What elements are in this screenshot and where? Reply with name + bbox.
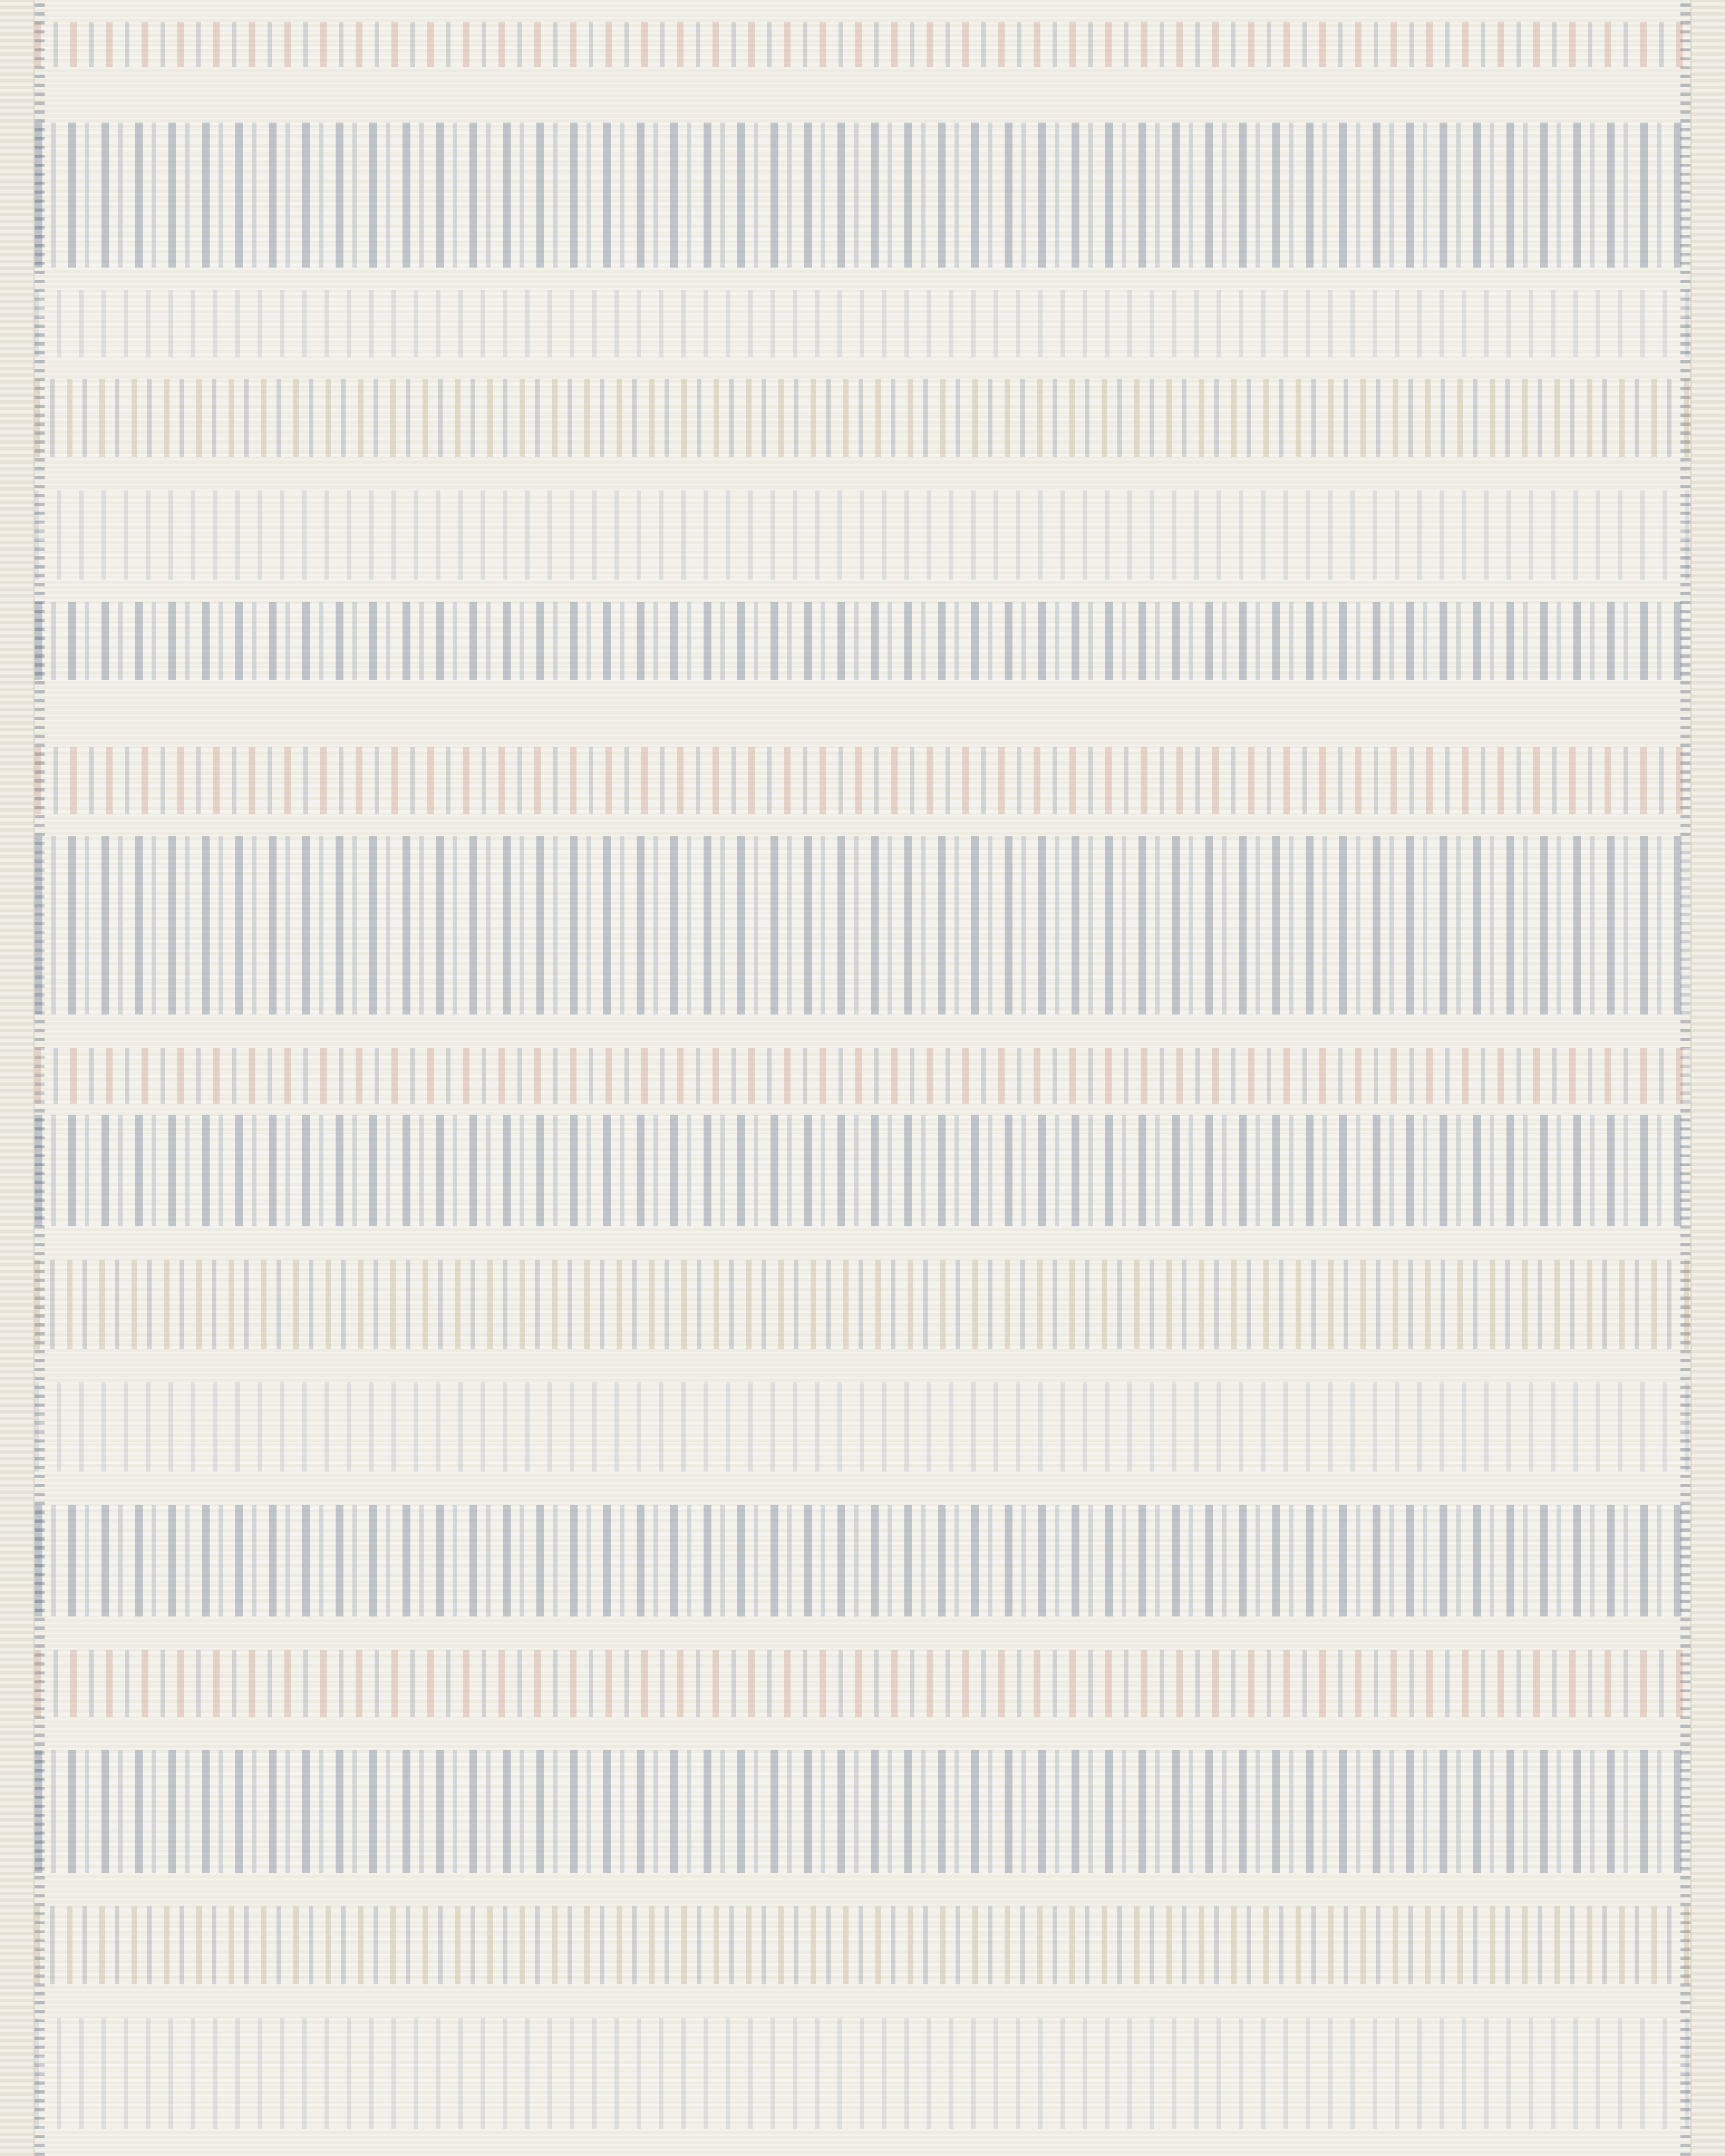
rug-photo <box>0 0 1725 2156</box>
motif-band <box>35 123 1690 268</box>
motif-band <box>35 1505 1690 1616</box>
motif-band <box>35 1906 1690 1984</box>
rug-binding-right <box>1690 0 1725 2156</box>
motif-band <box>35 1048 1690 1104</box>
motif-band <box>35 22 1690 67</box>
motif-band <box>35 1260 1690 1349</box>
motif-band <box>35 1750 1690 1873</box>
motif-band <box>35 836 1690 1014</box>
motif-band <box>35 290 1690 357</box>
motif-band <box>35 602 1690 680</box>
motif-band <box>35 2018 1690 2129</box>
motif-band <box>35 1650 1690 1717</box>
motif-band <box>35 379 1690 457</box>
motif-band <box>35 1115 1690 1226</box>
motif-band <box>35 1382 1690 1472</box>
motif-band <box>35 491 1690 580</box>
motif-band <box>35 747 1690 814</box>
rug-binding-left <box>0 0 35 2156</box>
rug-field <box>35 0 1690 2156</box>
